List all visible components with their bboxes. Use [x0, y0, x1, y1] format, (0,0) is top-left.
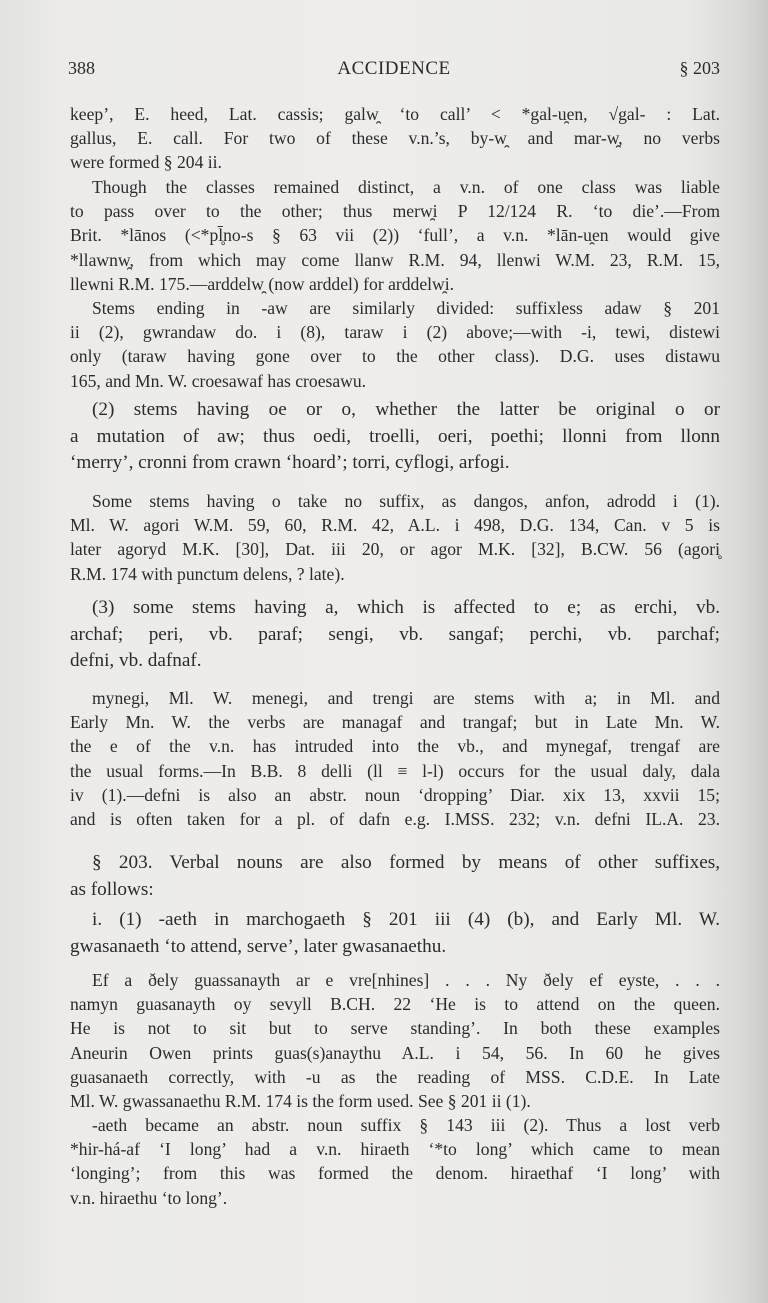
paragraph-aeth-suffix: i. (1) -aeth in marchogaeth § 201 iii (4…: [70, 907, 720, 960]
text-line: § 203. Verbal nouns are also formed by m…: [70, 850, 720, 877]
text-line: -aeth became an abstr. noun suffix § 143…: [70, 1113, 720, 1137]
text-line: later agoryd M.K. [30], Dat. iii 20, or …: [70, 537, 720, 561]
paragraph-mynegi-trengi: mynegi, Ml. W. menegi, and trengi are st…: [70, 686, 720, 831]
text-line: 165, and Mn. W. croesawaf has croesawu.: [70, 369, 720, 393]
text-line: (3) some stems having a, which is affect…: [70, 595, 720, 622]
text-line: *hir-há-af ‘I long’ had a v.n. hiraeth ‘…: [70, 1137, 720, 1161]
text-line: mynegi, Ml. W. menegi, and trengi are st…: [70, 686, 720, 710]
text-line: Ml. W. agori W.M. 59, 60, R.M. 42, A.L. …: [70, 513, 720, 537]
text-line: gallus, E. call. For two of these v.n.’s…: [70, 126, 720, 150]
text-line: ‘merry’, cronni from crawn ‘hoard’; torr…: [70, 450, 720, 477]
text-line: a mutation of aw; thus oedi, troelli, oe…: [70, 424, 720, 451]
text-line: gwasanaeth ‘to attend, serve’, later gwa…: [70, 934, 720, 961]
book-page: 388 ACCIDENCE § 203 keep’, E. heed, Lat.…: [0, 0, 768, 1303]
text-line: R.M. 174 with punctum delens, ? late).: [70, 562, 720, 586]
text-line: as follows:: [70, 877, 720, 904]
paragraph-a-stems: (3) some stems having a, which is affect…: [70, 595, 720, 675]
paragraph-continuation: keep’, E. heed, Lat. cassis; galw̯ ‘to c…: [70, 102, 720, 175]
text-line: Aneurin Owen prints guas(s)anaythu A.L. …: [70, 1041, 720, 1065]
paragraph-quotation-bch: Ef a ðely guassanayth ar e vre[nhines] .…: [70, 968, 720, 1113]
text-line: ‘longing’; from this was formed the deno…: [70, 1161, 720, 1185]
text-line: defni, vb. dafnaf.: [70, 648, 720, 675]
text-line: only (taraw having gone over to the othe…: [70, 344, 720, 368]
text-line: v.n. hiraethu ‘to long’.: [70, 1186, 720, 1210]
paragraph-oe-o-stems: (2) stems having oe or o, whether the la…: [70, 397, 720, 477]
text-line: Ml. W. gwassanaethu R.M. 174 is the form…: [70, 1089, 720, 1113]
text-line: namyn guasanayth oy sevyll B.CH. 22 ‘He …: [70, 992, 720, 1016]
paragraph-aw-stems: Stems ending in -aw are similarly divide…: [70, 296, 720, 393]
text-line: *llawnw̯, from which may come llanw R.M.…: [70, 248, 720, 272]
text-line: to pass over to the other; thus merw̯i P…: [70, 199, 720, 223]
text-line: Though the classes remained distinct, a …: [70, 175, 720, 199]
text-line: Early Mn. W. the verbs are managaf and t…: [70, 710, 720, 734]
text-line: He is not to sit but to serve standing’.…: [70, 1016, 720, 1040]
paragraph-o-no-suffix: Some stems having o take no suffix, as d…: [70, 489, 720, 586]
section-203-intro: § 203. Verbal nouns are also formed by m…: [70, 850, 720, 903]
text-line: (2) stems having oe or o, whether the la…: [70, 397, 720, 424]
running-header: 388 ACCIDENCE § 203: [68, 58, 720, 84]
text-line: ii (2), gwrandaw do. i (8), taraw i (2) …: [70, 320, 720, 344]
paragraph-hiraeth: -aeth became an abstr. noun suffix § 143…: [70, 1113, 720, 1210]
running-title: ACCIDENCE: [68, 58, 720, 80]
text-line: were formed § 204 ii.: [70, 150, 720, 174]
text-line: Brit. *lānos (<*pl̥̄no-s § 63 vii (2)) ‘…: [70, 223, 720, 247]
text-line: i. (1) -aeth in marchogaeth § 201 iii (4…: [70, 907, 720, 934]
text-line: the e of the v.n. has intruded into the …: [70, 734, 720, 758]
text-line: Stems ending in -aw are similarly divide…: [70, 296, 720, 320]
text-line: iv (1).—defni is also an abstr. noun ‘dr…: [70, 783, 720, 807]
text-line: archaf; peri, vb. paraf; sengi, vb. sang…: [70, 622, 720, 649]
text-line: llewni R.M. 175.—arddelw̯ (now arddel) f…: [70, 272, 720, 296]
text-line: keep’, E. heed, Lat. cassis; galw̯ ‘to c…: [70, 102, 720, 126]
text-line: Ef a ðely guassanayth ar e vre[nhines] .…: [70, 968, 720, 992]
text-line: and is often taken for a pl. of dafn e.g…: [70, 807, 720, 831]
paragraph-class-crossover: Though the classes remained distinct, a …: [70, 175, 720, 296]
text-line: the usual forms.—In B.B. 8 delli (ll ≡ l…: [70, 759, 720, 783]
text-line: Some stems having o take no suffix, as d…: [70, 489, 720, 513]
section-marker: § 203: [680, 58, 721, 79]
text-line: guasanaeth correctly, with -u as the rea…: [70, 1065, 720, 1089]
